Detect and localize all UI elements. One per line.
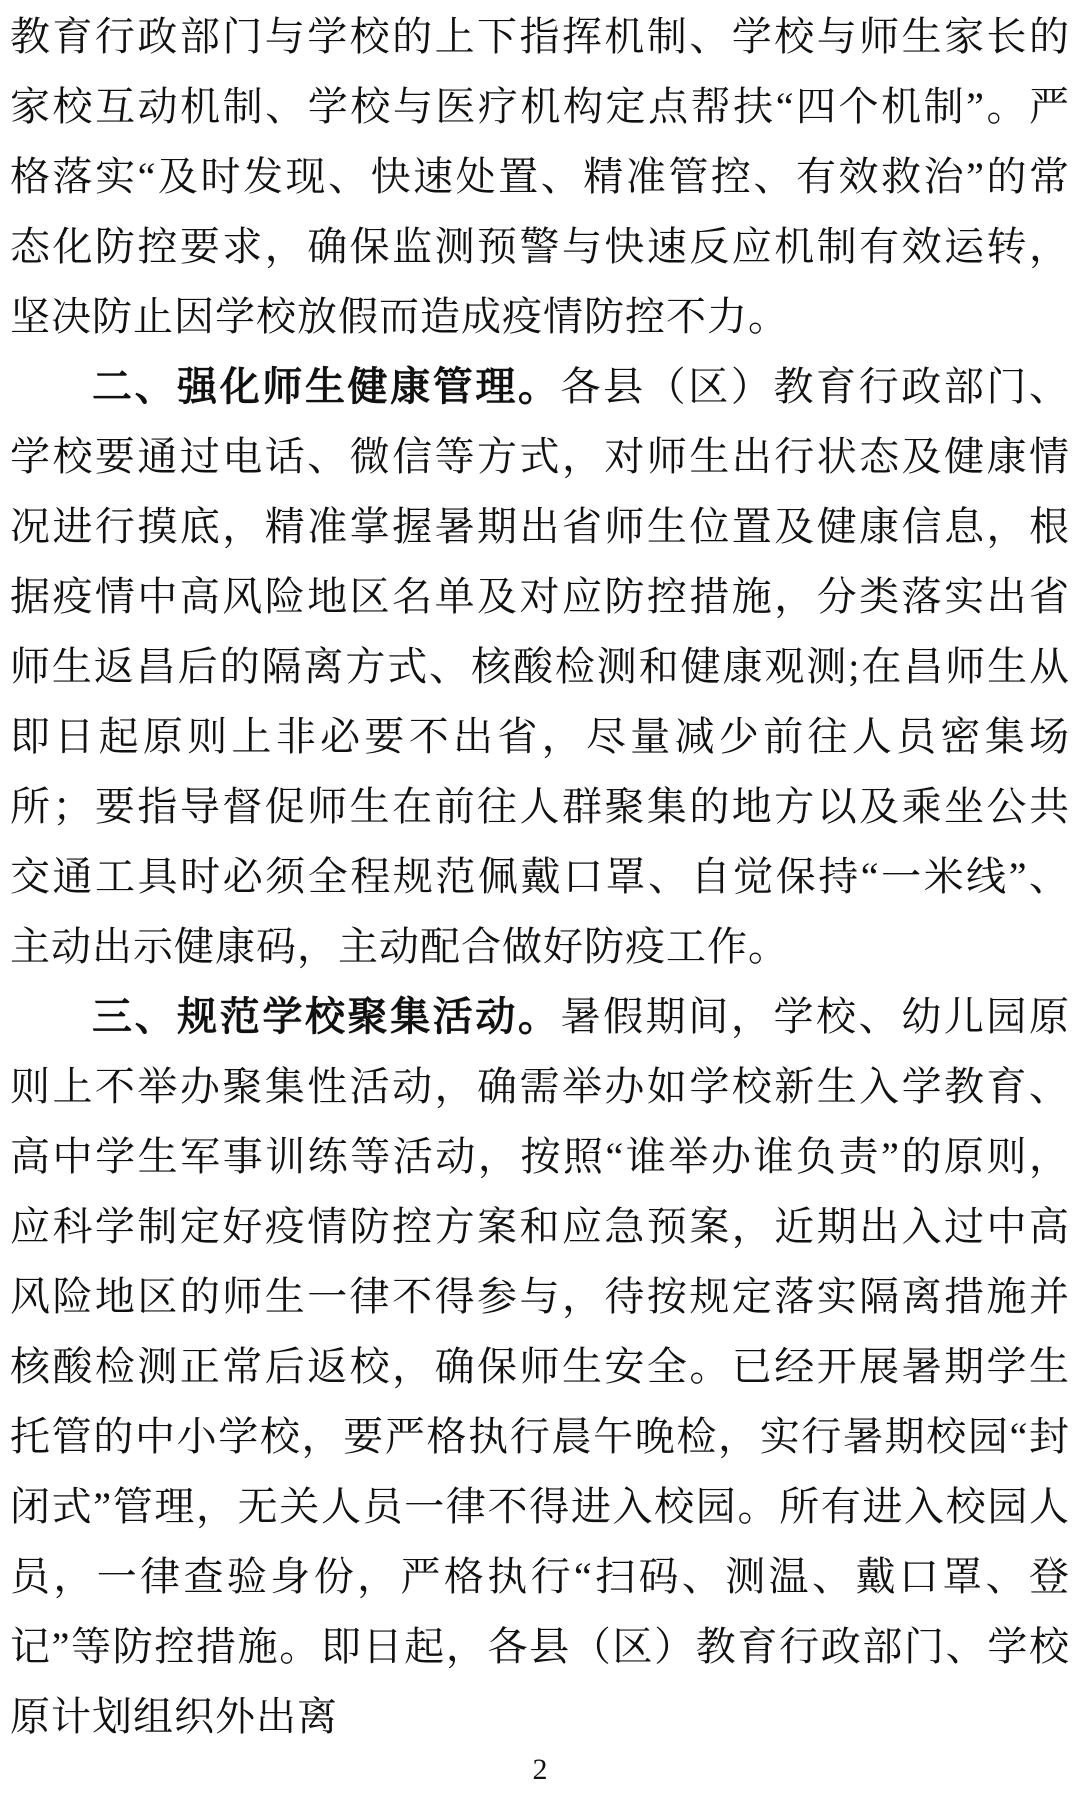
document-page: 教育行政部门与学校的上下指挥机制、学校与师生家长的家校互动机制、学校与医疗机构定…	[0, 0, 1080, 1801]
paragraph-text: 各县（区）教育行政部门、学校要通过电话、微信等方式，对师生出行状态及健康情况进行…	[10, 364, 1070, 969]
section-heading: 二、强化师生健康管理。	[92, 365, 561, 409]
document-body: 教育行政部门与学校的上下指挥机制、学校与师生家长的家校互动机制、学校与医疗机构定…	[10, 2, 1070, 1752]
paragraph-section-3: 三、规范学校聚集活动。暑假期间，学校、幼儿园原则上不举办聚集性活动，确需举办如学…	[10, 982, 1070, 1752]
paragraph-section-2: 二、强化师生健康管理。各县（区）教育行政部门、学校要通过电话、微信等方式，对师生…	[10, 352, 1070, 982]
section-heading: 三、规范学校聚集活动。	[92, 995, 561, 1039]
paragraph-text: 暑假期间，学校、幼儿园原则上不举办聚集性活动，确需举办如学校新生入学教育、高中学…	[10, 994, 1070, 1739]
paragraph-text: 教育行政部门与学校的上下指挥机制、学校与师生家长的家校互动机制、学校与医疗机构定…	[10, 14, 1070, 339]
paragraph-continuation: 教育行政部门与学校的上下指挥机制、学校与师生家长的家校互动机制、学校与医疗机构定…	[10, 2, 1070, 352]
page-number: 2	[0, 1753, 1080, 1787]
